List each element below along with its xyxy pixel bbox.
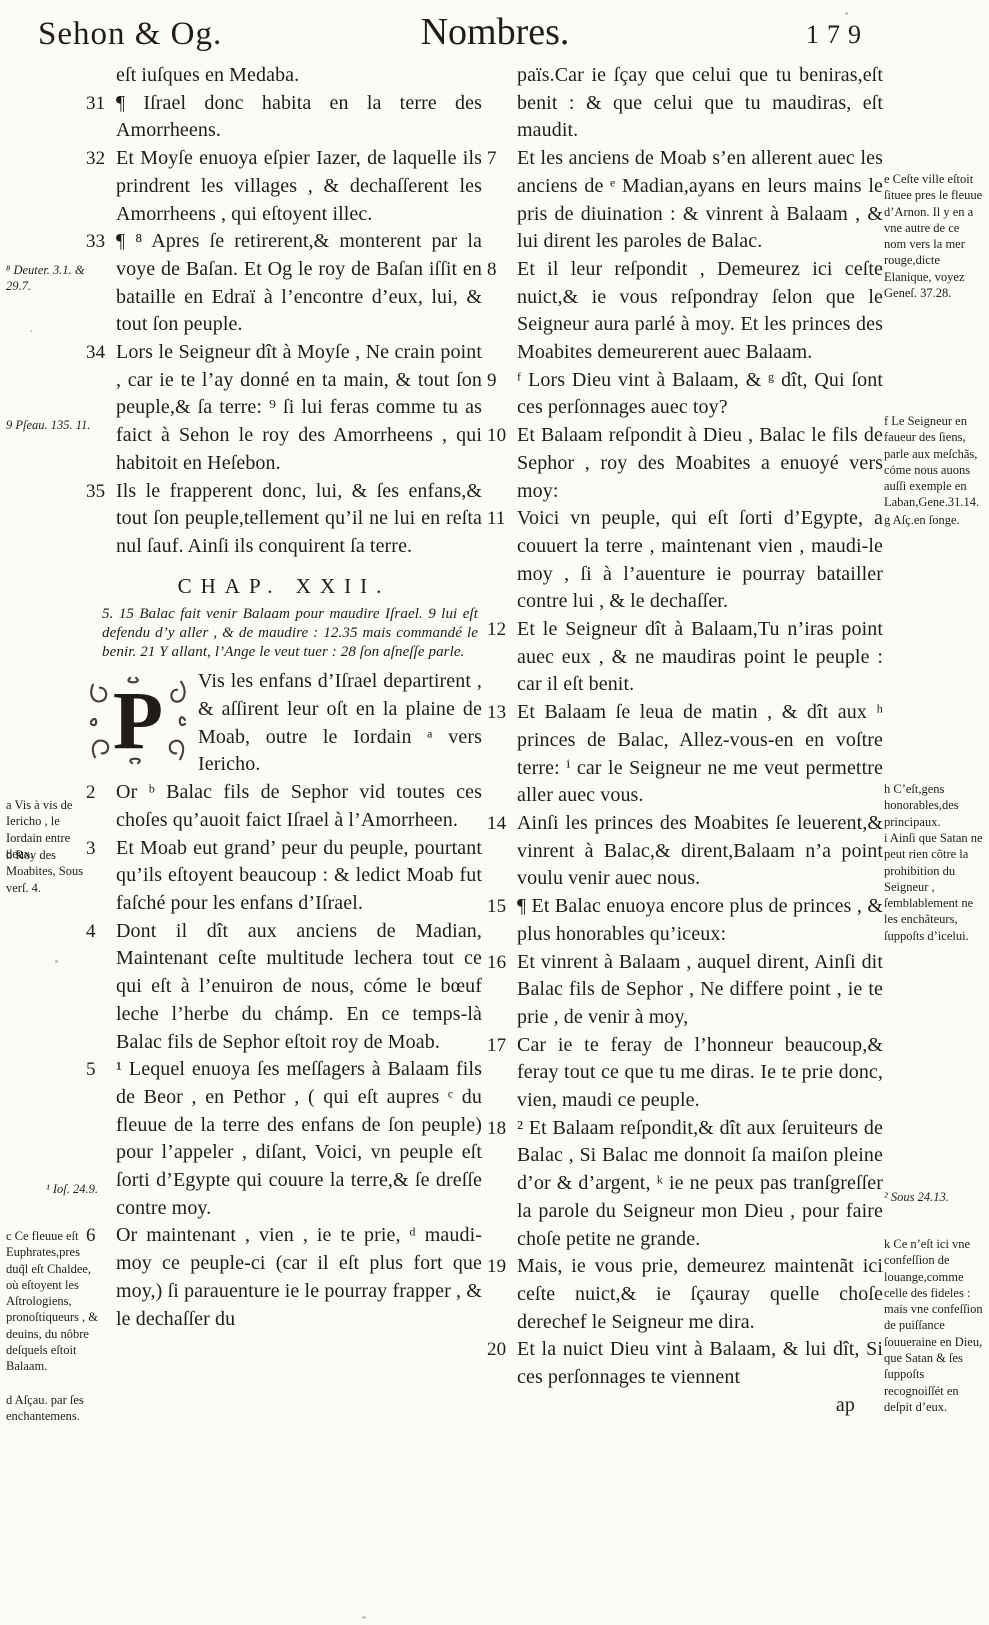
- chapter-heading: CHAP. XXII.: [86, 573, 482, 601]
- verse-17: 17Car ie te feray de l’honneur beaucoup,…: [487, 1032, 883, 1115]
- verse-4: 4Dont il dît aux anciens de Madian, Main…: [86, 918, 482, 1057]
- verse-number: 8: [487, 256, 517, 284]
- verse-text: Et Balaam reſpondit à Dieu , Balac le fi…: [517, 424, 883, 501]
- verse-text: Et il leur reſpondit , Demeurez ici ceſt…: [517, 258, 883, 363]
- verse-number: 17: [487, 1032, 517, 1060]
- verse-number: 13: [487, 699, 517, 727]
- verse-number: 9: [487, 367, 517, 395]
- verse-10: 10Et Balaam reſpondit à Dieu , Balac le …: [487, 422, 883, 505]
- verse-7: 7Et les anciens de Moab s’en allerent au…: [487, 145, 883, 256]
- verse-14: 14Ainſi les princes des Moabites ſe leue…: [487, 810, 883, 893]
- verse-text: ¹ Lequel enuoya ſes meſſagers à Balaam f…: [116, 1058, 482, 1219]
- margin-note-i: i Ainſi que Satan ne peut rien cõtre la …: [884, 830, 984, 944]
- verse-text: ¶ Et Balac enuoya encore plus de princes…: [517, 895, 883, 945]
- book-title: Nombres.: [295, 10, 695, 54]
- margin-note-h: h C’eſt,gens honorables,des principaux.: [884, 781, 984, 830]
- margin-note-ref-sous: ² Sous 24.13.: [884, 1189, 984, 1205]
- verse-3: 3Et Moab eut grand’ peur du peuple, pour…: [86, 835, 482, 918]
- verse-5: 5¹ Lequel enuoya ſes meſſagers à Balaam …: [86, 1056, 482, 1222]
- margin-note-c: c Ce fleuue eſt Euphrates,pres duq̃l eſt…: [6, 1228, 98, 1375]
- verse-31: 31¶ Iſrael donc habita en la terre des A…: [86, 90, 482, 145]
- verse-number: 5: [86, 1056, 116, 1084]
- verse-text: Dont il dît aux anciens de Madian, Maint…: [116, 920, 482, 1053]
- verse-number: 7: [487, 145, 517, 173]
- margin-note-ref-deuteronomy: ⁸ Deuter. 3.1. & 29.7.: [6, 262, 98, 295]
- scan-speckle: [55, 960, 58, 963]
- verse-number: 33: [86, 228, 116, 256]
- scan-speckle: [845, 12, 848, 15]
- verse-text: ¶ ⁸ Apres ſe retirerent,& monterent par …: [116, 230, 482, 335]
- verse-number: 4: [86, 918, 116, 946]
- verse-number: 20: [487, 1336, 517, 1364]
- verse-text: Et Balaam ſe leua de matin , & dît aux ʰ…: [517, 701, 883, 806]
- verse-number: 35: [86, 478, 116, 506]
- margin-note-ref-psalm: 9 Pſeau. 135. 11.: [6, 417, 98, 433]
- verse-text: Or ᵇ Balac fils de Sephor vid toutes ces…: [116, 781, 482, 831]
- margin-note-ref-joshua: ¹ Ioſ. 24.9.: [6, 1181, 98, 1197]
- verse-text: Et Moyſe enuoya eſpier Iazer, de laquell…: [116, 147, 482, 224]
- verse-13: 13Et Balaam ſe leua de matin , & dît aux…: [487, 699, 883, 810]
- verse-number: 18: [487, 1115, 517, 1143]
- verse-12: 12Et le Seigneur dît à Balaam,Tu n’iras …: [487, 616, 883, 699]
- printed-bible-page: Sehon & Og. Nombres. 179 eſt iuſques en …: [0, 0, 989, 1625]
- verse-text: Et Moab eut grand’ peur du peuple, pourt…: [116, 837, 482, 914]
- chapter-argument: 5. 15 Balac fait venir Balaam pour maudi…: [86, 605, 482, 668]
- margin-note-k: k Ce n’eſt ici vne confeſſion de louange…: [884, 1236, 984, 1415]
- margin-note-e: e Ceſte ville eſtoit ſituee pres le fleu…: [884, 171, 984, 301]
- text-column-right: païs.Car ie ſçay que celui que tu benira…: [487, 62, 883, 1419]
- margin-note-g: g Aſç.en ſonge.: [884, 512, 984, 528]
- verse-text: Et le Seigneur dît à Balaam,Tu n’iras po…: [517, 618, 883, 695]
- verse-8: 8Et il leur reſpondit , Demeurez ici ceſ…: [487, 256, 883, 367]
- scan-speckle: [470, 488, 472, 490]
- verse-number: 19: [487, 1253, 517, 1281]
- verse-11: 11Voici vn peuple, qui eſt ſorti d’Egypt…: [487, 505, 883, 616]
- drop-cap-letter-P: P: [113, 676, 163, 767]
- verse-1: P Vis les enfans d’Iſrael departirent , …: [86, 668, 482, 779]
- verse-33: 33¶ ⁸ Apres ſe retirerent,& monterent pa…: [86, 228, 482, 339]
- verse-19: 19Mais, ie vous prie, demeurez maintenãt…: [487, 1253, 883, 1336]
- verse-number: 10: [487, 422, 517, 450]
- verse-number: 34: [86, 339, 116, 367]
- running-title-left: Sehon & Og.: [38, 16, 222, 53]
- catchword: ap: [487, 1392, 883, 1420]
- verse-text: Et la nuict Dieu vint à Balaam, & lui dî…: [517, 1338, 883, 1388]
- verse-9: 9ᶠ Lors Dieu vint à Balaam, & ᵍ dît, Qui…: [487, 367, 883, 422]
- verse-number: 31: [86, 90, 116, 118]
- verse-text: Ils le frapperent donc, lui, & ſes enfan…: [116, 480, 482, 557]
- verse-text: ¶ Iſrael donc habita en la terre des Amo…: [116, 92, 482, 142]
- verse-text: Car ie te feray de l’honneur beaucoup,& …: [517, 1034, 883, 1111]
- verse-text: ᶠ Lors Dieu vint à Balaam, & ᵍ dît, Qui …: [517, 369, 883, 419]
- verse-number: 14: [487, 810, 517, 838]
- verse-20: 20Et la nuict Dieu vint à Balaam, & lui …: [487, 1336, 883, 1391]
- verse-text: Vis les enfans d’Iſrael departirent , & …: [198, 670, 482, 775]
- verse-text: Voici vn peuple, qui eſt ſorti d’Egypte,…: [517, 507, 883, 612]
- verse-number: 15: [487, 893, 517, 921]
- verse-text: Lors le Seigneur dît à Moyſe , Ne crain …: [116, 341, 482, 474]
- verse-text: Or maintenant , vien , ie te prie, ᵈ mau…: [116, 1224, 482, 1329]
- margin-note-d: d Aſçau. par ſes enchantemens.: [6, 1392, 98, 1425]
- verse-text: Et vinrent à Balaam , auquel dirent, Ain…: [517, 951, 883, 1028]
- continuation-line: païs.Car ie ſçay que celui que tu benira…: [487, 62, 883, 145]
- margin-note-f: f Le Seigneur en faueur des ſiens, parle…: [884, 413, 984, 511]
- drop-cap-ornament: P: [86, 673, 190, 767]
- page-number: 179: [806, 20, 869, 50]
- continuation-line: eſt iuſques en Medaba.: [86, 62, 482, 90]
- verse-number: 11: [487, 505, 517, 533]
- verse-text: Et les anciens de Moab s’en allerent aue…: [517, 147, 883, 252]
- verse-number: 12: [487, 616, 517, 644]
- verse-2: 2Or ᵇ Balac fils de Sephor vid toutes ce…: [86, 779, 482, 834]
- verse-34: 34Lors le Seigneur dît à Moyſe , Ne crai…: [86, 339, 482, 478]
- verse-text: Ainſi les princes des Moabites ſe leuere…: [517, 812, 883, 889]
- verse-6: 6Or maintenant , vien , ie te prie, ᵈ ma…: [86, 1222, 482, 1333]
- scan-speckle: [30, 330, 32, 332]
- verse-16: 16Et vinrent à Balaam , auquel dirent, A…: [487, 949, 883, 1032]
- text-column-left: eſt iuſques en Medaba. 31¶ Iſrael donc h…: [86, 62, 482, 1333]
- verse-number: 16: [487, 949, 517, 977]
- verse-text: Mais, ie vous prie, demeurez maintenãt i…: [517, 1255, 883, 1332]
- verse-number: 32: [86, 145, 116, 173]
- verse-text: ² Et Balaam reſpondit,& dît aux ſeruiteu…: [517, 1117, 883, 1250]
- margin-note-b: b Roy des Moabites, Sous verſ. 4.: [6, 847, 98, 896]
- scan-speckle: [362, 1616, 366, 1619]
- verse-15: 15¶ Et Balac enuoya encore plus de princ…: [487, 893, 883, 948]
- verse-18: 18² Et Balaam reſpondit,& dît aux ſeruit…: [487, 1115, 883, 1254]
- verse-32: 32Et Moyſe enuoya eſpier Iazer, de laque…: [86, 145, 482, 228]
- verse-35: 35Ils le frapperent donc, lui, & ſes enf…: [86, 478, 482, 561]
